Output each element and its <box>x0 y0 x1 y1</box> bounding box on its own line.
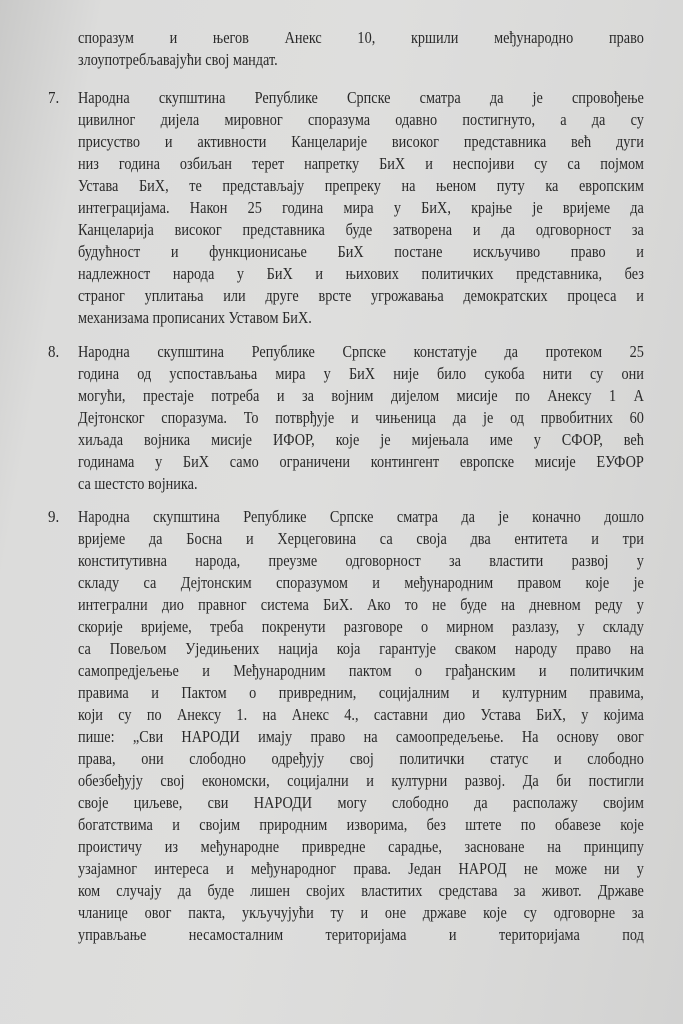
paragraph-8: Народна скупштина Републике Српске конст… <box>78 341 644 495</box>
text-line: Устава БиХ, те представљају препреку на … <box>78 175 644 197</box>
text-line: година од успостављања мира у БиХ није б… <box>78 363 644 385</box>
text-line: који су по Анексу 1. на Анекс 4., састав… <box>78 704 644 726</box>
text-line: интеграцијама. Након 25 година мира у Би… <box>78 197 644 219</box>
text-line: обезбеђују свој економски, социјални и к… <box>78 770 644 792</box>
text-line: правима и Пактом о привредним, социјални… <box>78 682 644 704</box>
paragraph-number: 7. <box>48 87 59 109</box>
text-line: Народна скупштина Републике Српске сматр… <box>78 506 644 528</box>
text-line: права, они слободно одређују свој полити… <box>78 748 644 770</box>
text-line: низ година озбиљан терет напретку БиХ и … <box>78 153 644 175</box>
text-line: скорије вријеме, треба покренути разгово… <box>78 616 644 638</box>
text-line: Канцеларија високог представника буде за… <box>78 219 644 241</box>
text-line: са шестсто војника. <box>78 473 644 495</box>
paragraph-number: 9. <box>48 506 59 528</box>
text-line: конститутивна народа, преузме одговорнос… <box>78 550 644 572</box>
document-page: споразум и његов Анекс 10, кршили међуна… <box>0 0 683 1024</box>
text-line: цивилног дијела мировног споразума одавн… <box>78 109 644 131</box>
text-line: ком случају да буде лишен својих властит… <box>78 880 644 902</box>
continuation-paragraph: споразум и његов Анекс 10, кршили међуна… <box>78 27 644 71</box>
text-line: интегрални дио правног система БиХ. Ако … <box>78 594 644 616</box>
text-line: хиљада војника мисије ИФОР, које је мије… <box>78 429 644 451</box>
text-line: пише: „Сви НАРОДИ имају право на самоопр… <box>78 726 644 748</box>
text-line: могући, престаје потреба и за војним диј… <box>78 385 644 407</box>
text-line: присуство и активности Канцеларије висок… <box>78 131 644 153</box>
text-line: злоупотребљавајући свој мандат. <box>78 49 644 71</box>
text-line: Дејтонског споразума. То потврђује и чињ… <box>78 407 644 429</box>
paragraph-9: Народна скупштина Републике Српске сматр… <box>78 506 644 946</box>
text-line: самопредјељење и Међународним пактом о г… <box>78 660 644 682</box>
paragraph-number: 8. <box>48 341 59 363</box>
text-line: Народна скупштина Републике Српске сматр… <box>78 87 644 109</box>
text-line: вријеме да Босна и Херцеговина са своја … <box>78 528 644 550</box>
text-line: годинама у БиХ само ограничени континген… <box>78 451 644 473</box>
text-line: механизама прописаних Уставом БиХ. <box>78 307 644 329</box>
text-line: са Повељом Уједињених нација која гарант… <box>78 638 644 660</box>
text-line: Народна скупштина Републике Српске конст… <box>78 341 644 363</box>
text-line: споразум и његов Анекс 10, кршили међуна… <box>78 27 644 49</box>
text-line: узајамног интереса и међународног права.… <box>78 858 644 880</box>
text-line: надлежност народа у БиХ и њихових полити… <box>78 263 644 285</box>
text-line: проистичу из међународне привредне сарад… <box>78 836 644 858</box>
text-line: своје циљеве, сви НАРОДИ могу слободно д… <box>78 792 644 814</box>
text-line: управљање несамосталним територијама и т… <box>78 924 644 946</box>
text-line: складу са Дејтонским споразумом и међуна… <box>78 572 644 594</box>
text-line: страног уплитања или друге врсте угрожав… <box>78 285 644 307</box>
text-line: чланице овог пакта, укључујући ту и оне … <box>78 902 644 924</box>
text-line: будућност и функционисање БиХ постане ис… <box>78 241 644 263</box>
paragraph-7: Народна скупштина Републике Српске сматр… <box>78 87 644 329</box>
text-line: богатствима и својим природним изворима,… <box>78 814 644 836</box>
